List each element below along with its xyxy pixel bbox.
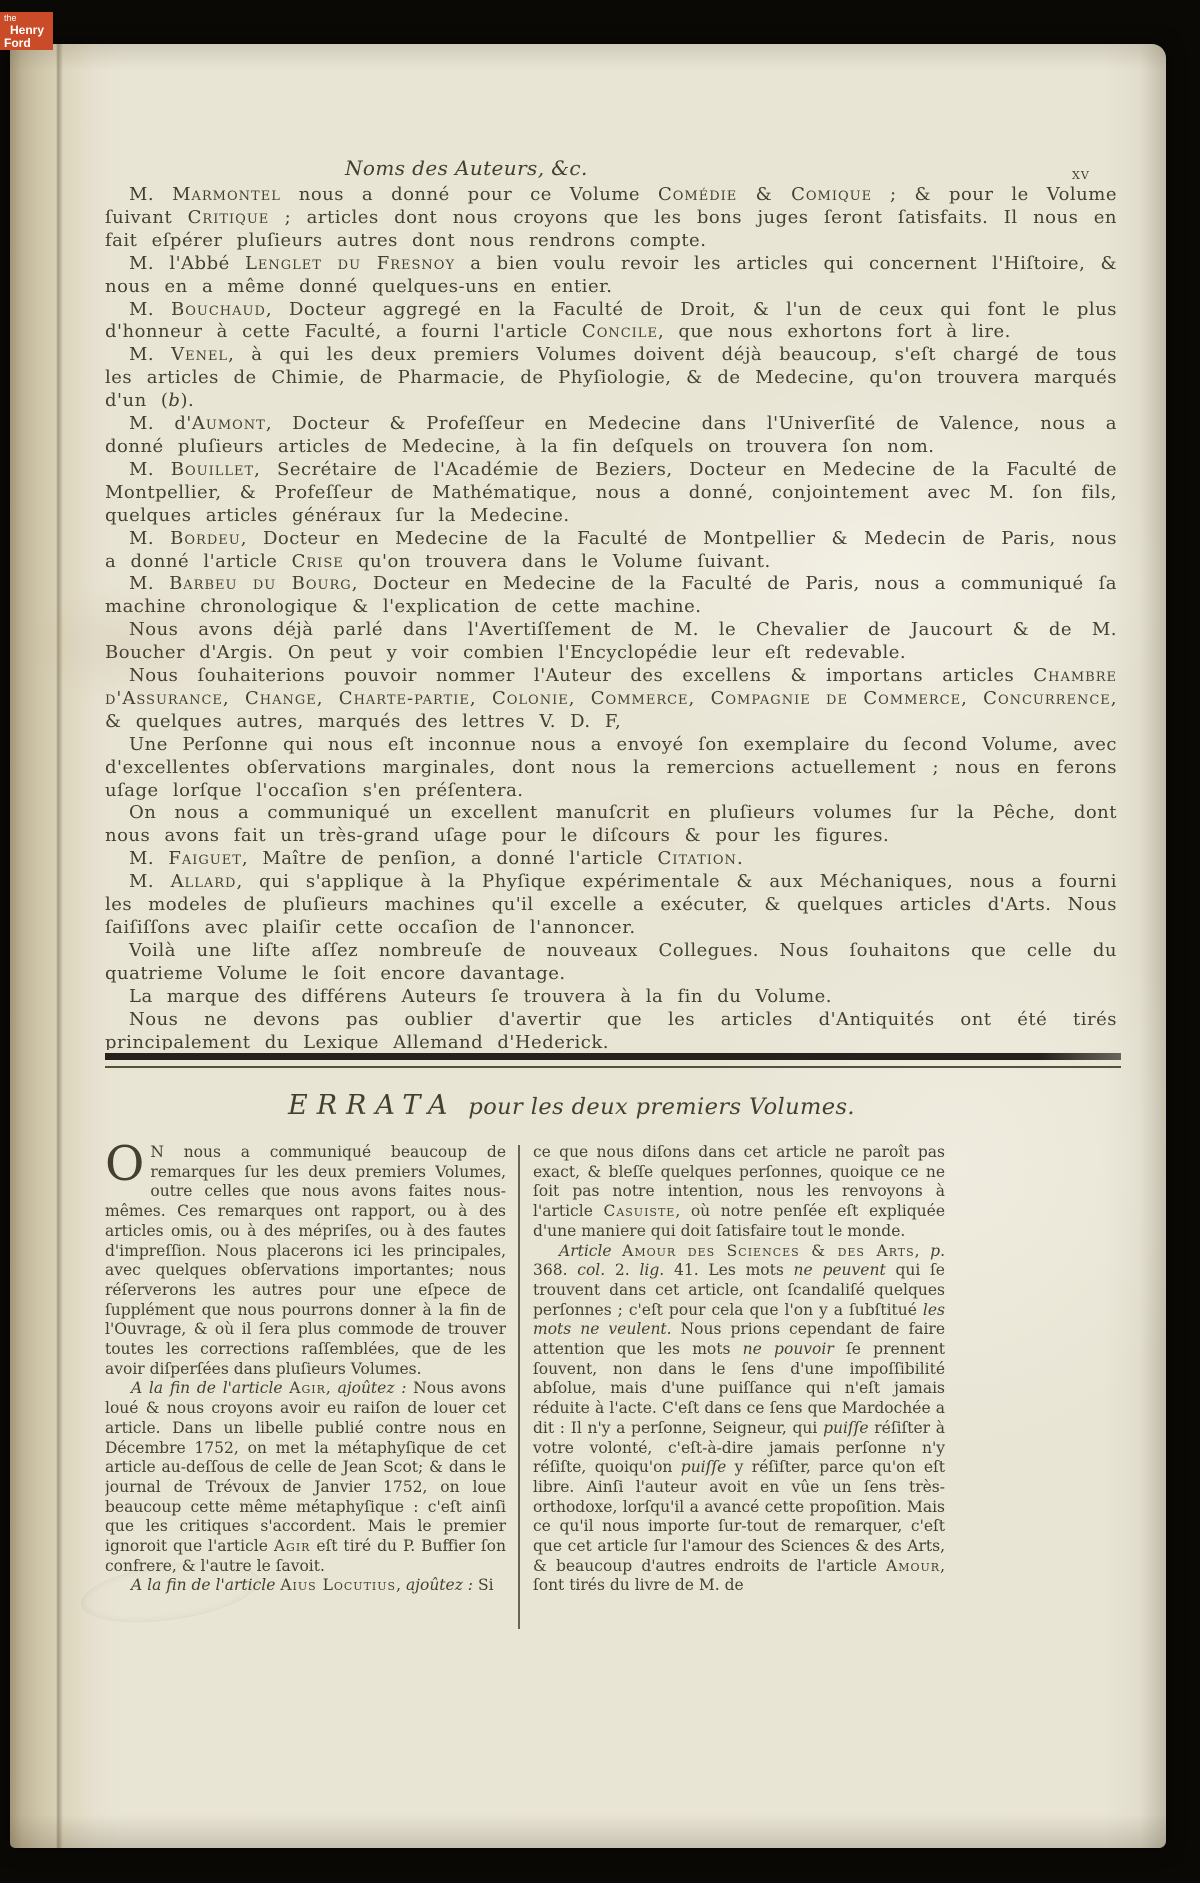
text-segment: Marmontel	[172, 184, 281, 205]
text-segment: Amour	[886, 1557, 940, 1575]
logo-text-henry: Henry	[10, 24, 53, 36]
text-segment: Citation	[658, 848, 737, 869]
errata-right-column: ce que nous diſons dans cet article ne p…	[533, 1143, 945, 1635]
paragraph: M. Bouchaud, Docteur aggregé en la Facul…	[105, 299, 1117, 345]
text-segment: Si	[473, 1576, 494, 1594]
paragraph: M. d'Aumont, Docteur & Profeſſeur en Med…	[105, 413, 1117, 459]
column-divider-rule	[518, 1145, 520, 1629]
text-segment: Agir	[289, 1379, 326, 1397]
running-title: Noms des Auteurs, &c.	[345, 156, 588, 180]
text-segment: Faiguet	[168, 848, 242, 869]
text-segment: ajoûtez :	[406, 1576, 473, 1594]
text-segment: M.	[129, 344, 171, 365]
errata-title-subtitle: pour les deux premiers Volumes.	[468, 1094, 855, 1120]
text-segment: 2.	[605, 1261, 639, 1279]
paragraph: M. Marmontel nous a donné pour ce Volume…	[105, 184, 1117, 253]
text-segment: La marque des différens Auteurs ſe trouv…	[129, 986, 832, 1007]
text-segment: lig.	[639, 1261, 664, 1279]
text-segment: M.	[129, 528, 170, 549]
text-segment: 41. Les mots	[664, 1261, 793, 1279]
text-segment: M.	[129, 184, 172, 205]
paragraph: Nous avons déjà parlé dans l'Avertiſſeme…	[105, 619, 1117, 665]
text-segment: Casuiste	[603, 1202, 675, 1220]
text-segment: Venel	[171, 344, 228, 365]
text-segment: Aius Locutius	[280, 1576, 396, 1594]
text-segment: ajoûtez :	[338, 1379, 407, 1397]
logo-text-ford: Ford	[4, 37, 53, 49]
text-segment: b	[168, 390, 180, 411]
text-segment: M. l'Abbé	[129, 253, 245, 274]
text-segment: Crise	[292, 551, 344, 572]
paragraph: M. Allard, qui s'applique à la Phyſique …	[105, 871, 1117, 940]
text-segment: N nous a communiqué beaucoup de remarque…	[105, 1143, 506, 1378]
authors-section: M. Marmontel nous a donné pour ce Volume…	[105, 184, 1117, 1050]
text-segment: Agir	[274, 1537, 311, 1555]
errata-title-word: ERRATA	[288, 1090, 456, 1121]
text-segment: , que nous exhortons fort à lire.	[658, 321, 1011, 342]
text-segment: , Maître de penſion, a donné l'article	[242, 848, 658, 869]
text-segment: , qui s'applique à la Phyſique expérimen…	[105, 871, 1117, 938]
text-segment: Allard	[171, 871, 237, 892]
paragraph: M. Faiguet, Maître de penſion, a donné l…	[105, 848, 1117, 871]
paragraph: A la fin de l'article Agir, ajoûtez : No…	[105, 1379, 506, 1576]
text-segment: ,	[396, 1576, 406, 1594]
text-segment: puiſſe	[823, 1419, 869, 1437]
text-segment: Concile	[582, 321, 658, 342]
paragraph: ce que nous diſons dans cet article ne p…	[533, 1143, 945, 1242]
text-segment: Voilà une liſte aſſez nombreuſe de nouve…	[105, 940, 1117, 984]
text-segment: Une Perſonne qui nous eſt inconnue nous …	[105, 734, 1117, 801]
text-segment: A la fin de l'article	[131, 1379, 289, 1397]
errata-heading: ERRATApour les deux premiers Volumes.	[288, 1090, 855, 1121]
text-segment: M.	[129, 871, 171, 892]
text-segment: Bordeu	[170, 528, 241, 549]
text-segment: M. d'	[129, 413, 192, 434]
text-segment: col.	[577, 1261, 605, 1279]
paragraph: ON nous a communiqué beaucoup de remarqu…	[105, 1143, 506, 1379]
text-segment: nous a donné pour ce Volume	[281, 184, 658, 205]
text-segment: 368.	[533, 1261, 577, 1279]
paragraph: Voilà une liſte aſſez nombreuſe de nouve…	[105, 940, 1117, 986]
text-segment: , à qui les deux premiers Volumes doiven…	[105, 344, 1117, 411]
text-segment: Amour des Sciences & des Arts	[622, 1242, 915, 1260]
text-segment: M.	[129, 459, 171, 480]
text-segment: Comédie & Comique	[658, 184, 872, 205]
text-segment: Nous ſouhaiterions pouvoir nommer l'Aute…	[129, 665, 1033, 686]
paragraph: M. l'Abbé Lenglet du Fresnoy a bien voul…	[105, 253, 1117, 299]
logo-text-the: the	[4, 14, 53, 23]
paragraph: M. Venel, à qui les deux premiers Volume…	[105, 344, 1117, 413]
text-segment: ).	[180, 390, 194, 411]
paragraph: M. Barbeu du Bourg, Docteur en Medecine …	[105, 573, 1117, 619]
paragraph: M. Bouillet, Secrétaire de l'Académie de…	[105, 459, 1117, 528]
text-segment: Nous avons déjà parlé dans l'Avertiſſeme…	[105, 619, 1117, 663]
text-segment: ,	[915, 1242, 930, 1260]
text-segment: qu'on trouvera dans le Volume ſuivant.	[344, 551, 771, 572]
dropcap-letter: O	[105, 1143, 150, 1184]
separator-rule-thick	[105, 1053, 1121, 1060]
separator-rule-thin	[105, 1066, 1121, 1068]
text-segment: ne peuvent	[794, 1261, 886, 1279]
text-segment: .	[737, 848, 743, 869]
paragraph: La marque des différens Auteurs ſe trouv…	[105, 986, 1117, 1009]
text-segment: Barbeu du Bourg	[169, 573, 352, 594]
text-segment: On nous a communiqué un excellent manuſc…	[105, 802, 1117, 846]
text-segment: M.	[129, 848, 168, 869]
text-segment: Bouchaud	[171, 299, 266, 320]
text-segment: ne pouvoir	[743, 1340, 834, 1358]
text-segment: Nous ne devons pas oublier d'avertir que…	[105, 1009, 1117, 1050]
paragraph: Nous ſouhaiterions pouvoir nommer l'Aute…	[105, 665, 1117, 734]
paragraph: Nous ne devons pas oublier d'avertir que…	[105, 1009, 1117, 1050]
text-segment: p.	[930, 1242, 945, 1260]
text-segment: Article	[559, 1242, 622, 1260]
paragraph: Une Perſonne qui nous eſt inconnue nous …	[105, 734, 1117, 803]
text-segment: puiſſe	[681, 1458, 727, 1476]
text-segment: Critique	[188, 207, 270, 228]
errata-left-column: ON nous a communiqué beaucoup de remarqu…	[105, 1143, 506, 1635]
henry-ford-logo: the Henry Ford	[0, 12, 53, 50]
text-segment: , Secrétaire de l'Académie de Beziers, D…	[105, 459, 1117, 526]
paragraph: On nous a communiqué un excellent manuſc…	[105, 802, 1117, 848]
text-segment: M.	[129, 299, 171, 320]
text-segment: Bouillet	[171, 459, 254, 480]
text-segment: Lenglet du Fresnoy	[245, 253, 455, 274]
text-segment: M.	[129, 573, 169, 594]
paragraph: M. Bordeu, Docteur en Medecine de la Fac…	[105, 528, 1117, 574]
text-segment: ,	[326, 1379, 338, 1397]
errata-columns: ON nous a communiqué beaucoup de remarqu…	[105, 1143, 957, 1635]
text-segment: Aumont	[192, 413, 266, 434]
page-number: xv	[1072, 164, 1090, 183]
book-page: Noms des Auteurs, &c. xv M. Marmontel no…	[10, 44, 1166, 1848]
text-segment: Nous avons loué & nous croyons avoir eu …	[105, 1379, 506, 1555]
paragraph: Article Amour des Sciences & des Arts, p…	[533, 1242, 945, 1597]
